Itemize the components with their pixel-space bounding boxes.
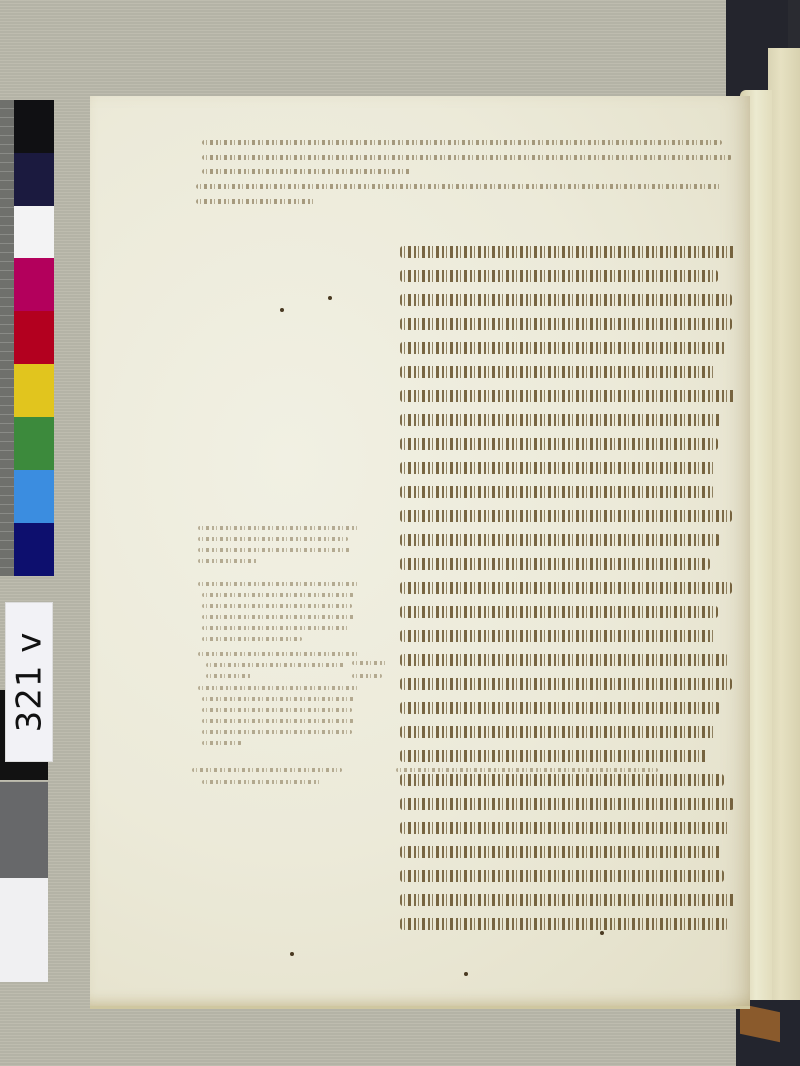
swatch-yellow	[14, 364, 54, 417]
swatch-magenta	[14, 258, 54, 311]
folio-label-card: 321 v	[5, 602, 53, 762]
swatch-dark-navy	[14, 153, 54, 206]
color-calibration-strip	[0, 100, 54, 576]
gray-block-mid	[0, 782, 48, 878]
swatch-green	[14, 417, 54, 470]
folio-label: 321 v	[9, 632, 49, 733]
swatch-black	[14, 100, 54, 153]
ruler-scale	[0, 100, 14, 576]
manuscript-folio	[90, 96, 750, 1009]
swatch-cyan-blue	[14, 470, 54, 523]
gray-block-light	[0, 878, 48, 982]
swatch-red	[14, 311, 54, 364]
swatch-navy	[14, 523, 54, 576]
swatch-white	[14, 206, 54, 258]
adjacent-page-edge	[768, 48, 800, 1066]
